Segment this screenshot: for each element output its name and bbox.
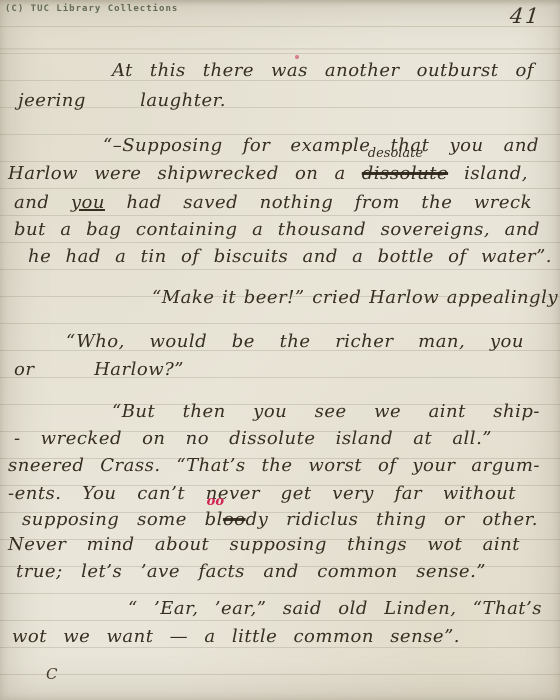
- manuscript-line: sneered Crass. “That’s the worst of your…: [8, 453, 540, 479]
- word-start: bl: [205, 509, 223, 530]
- manuscript-page: (C) TUC Library Collections 41 At this t…: [0, 0, 560, 700]
- manuscript-line: -ents. You can’t never get very far with…: [8, 481, 516, 507]
- line-text: supposing some: [22, 509, 187, 530]
- manuscript-line: jeering laughter.: [18, 88, 226, 114]
- line-text: island,: [464, 163, 528, 184]
- manuscript-line: true; let’s ’ave facts and common sense.…: [16, 559, 486, 585]
- library-watermark: (C) TUC Library Collections: [5, 4, 178, 14]
- manuscript-line: Never mind about supposing things wot ai…: [8, 532, 520, 558]
- correction-desolate: desolatedissolute: [362, 161, 448, 187]
- manuscript-line: “Who, would be the richer man, you: [66, 329, 524, 355]
- manuscript-line: “But then you see we aint ship-: [112, 399, 540, 425]
- manuscript-line: wot we want — a little common sense”.: [12, 624, 460, 650]
- manuscript-line: or Harlow?”: [14, 357, 184, 383]
- struck-word: dissolute: [362, 163, 448, 184]
- line-text: and: [14, 192, 49, 213]
- line-text: ridiclus thing or other.: [286, 509, 538, 530]
- manuscript-line: “–Supposing for example that you and: [103, 133, 539, 159]
- footer-mark: C: [46, 665, 57, 683]
- paper-crease: [0, 48, 560, 51]
- manuscript-line: and you had saved nothing from the wreck: [14, 190, 532, 216]
- manuscript-line: - wrecked on no dissolute island at all.…: [14, 426, 492, 452]
- manuscript-line: “ ’Ear, ’ear,” said old Linden, “That’s: [128, 596, 542, 622]
- line-text: had saved nothing from the wreck: [126, 192, 532, 213]
- red-inserted-letters: oo: [207, 495, 224, 508]
- manuscript-line: but a bag containing a thousand sovereig…: [14, 217, 540, 243]
- correction-bloody: oobloody: [205, 507, 269, 533]
- struck-letters: oo: [223, 509, 246, 530]
- word-end: dy: [246, 509, 269, 530]
- manuscript-line: he had a tin of biscuits and a bottle of…: [28, 244, 552, 270]
- manuscript-line: supposing some oobloody ridiclus thing o…: [22, 507, 538, 533]
- manuscript-line: At this there was another outburst of: [112, 58, 534, 84]
- inserted-word: desolate: [368, 147, 423, 160]
- manuscript-line: “Make it beer!” cried Harlow appealingly: [152, 285, 558, 311]
- page-number: 41: [509, 4, 542, 28]
- manuscript-line: Harlow were shipwrecked on a desolatedis…: [8, 161, 528, 187]
- underlined-word: you: [71, 192, 105, 213]
- line-text: Harlow were shipwrecked on a: [8, 163, 346, 184]
